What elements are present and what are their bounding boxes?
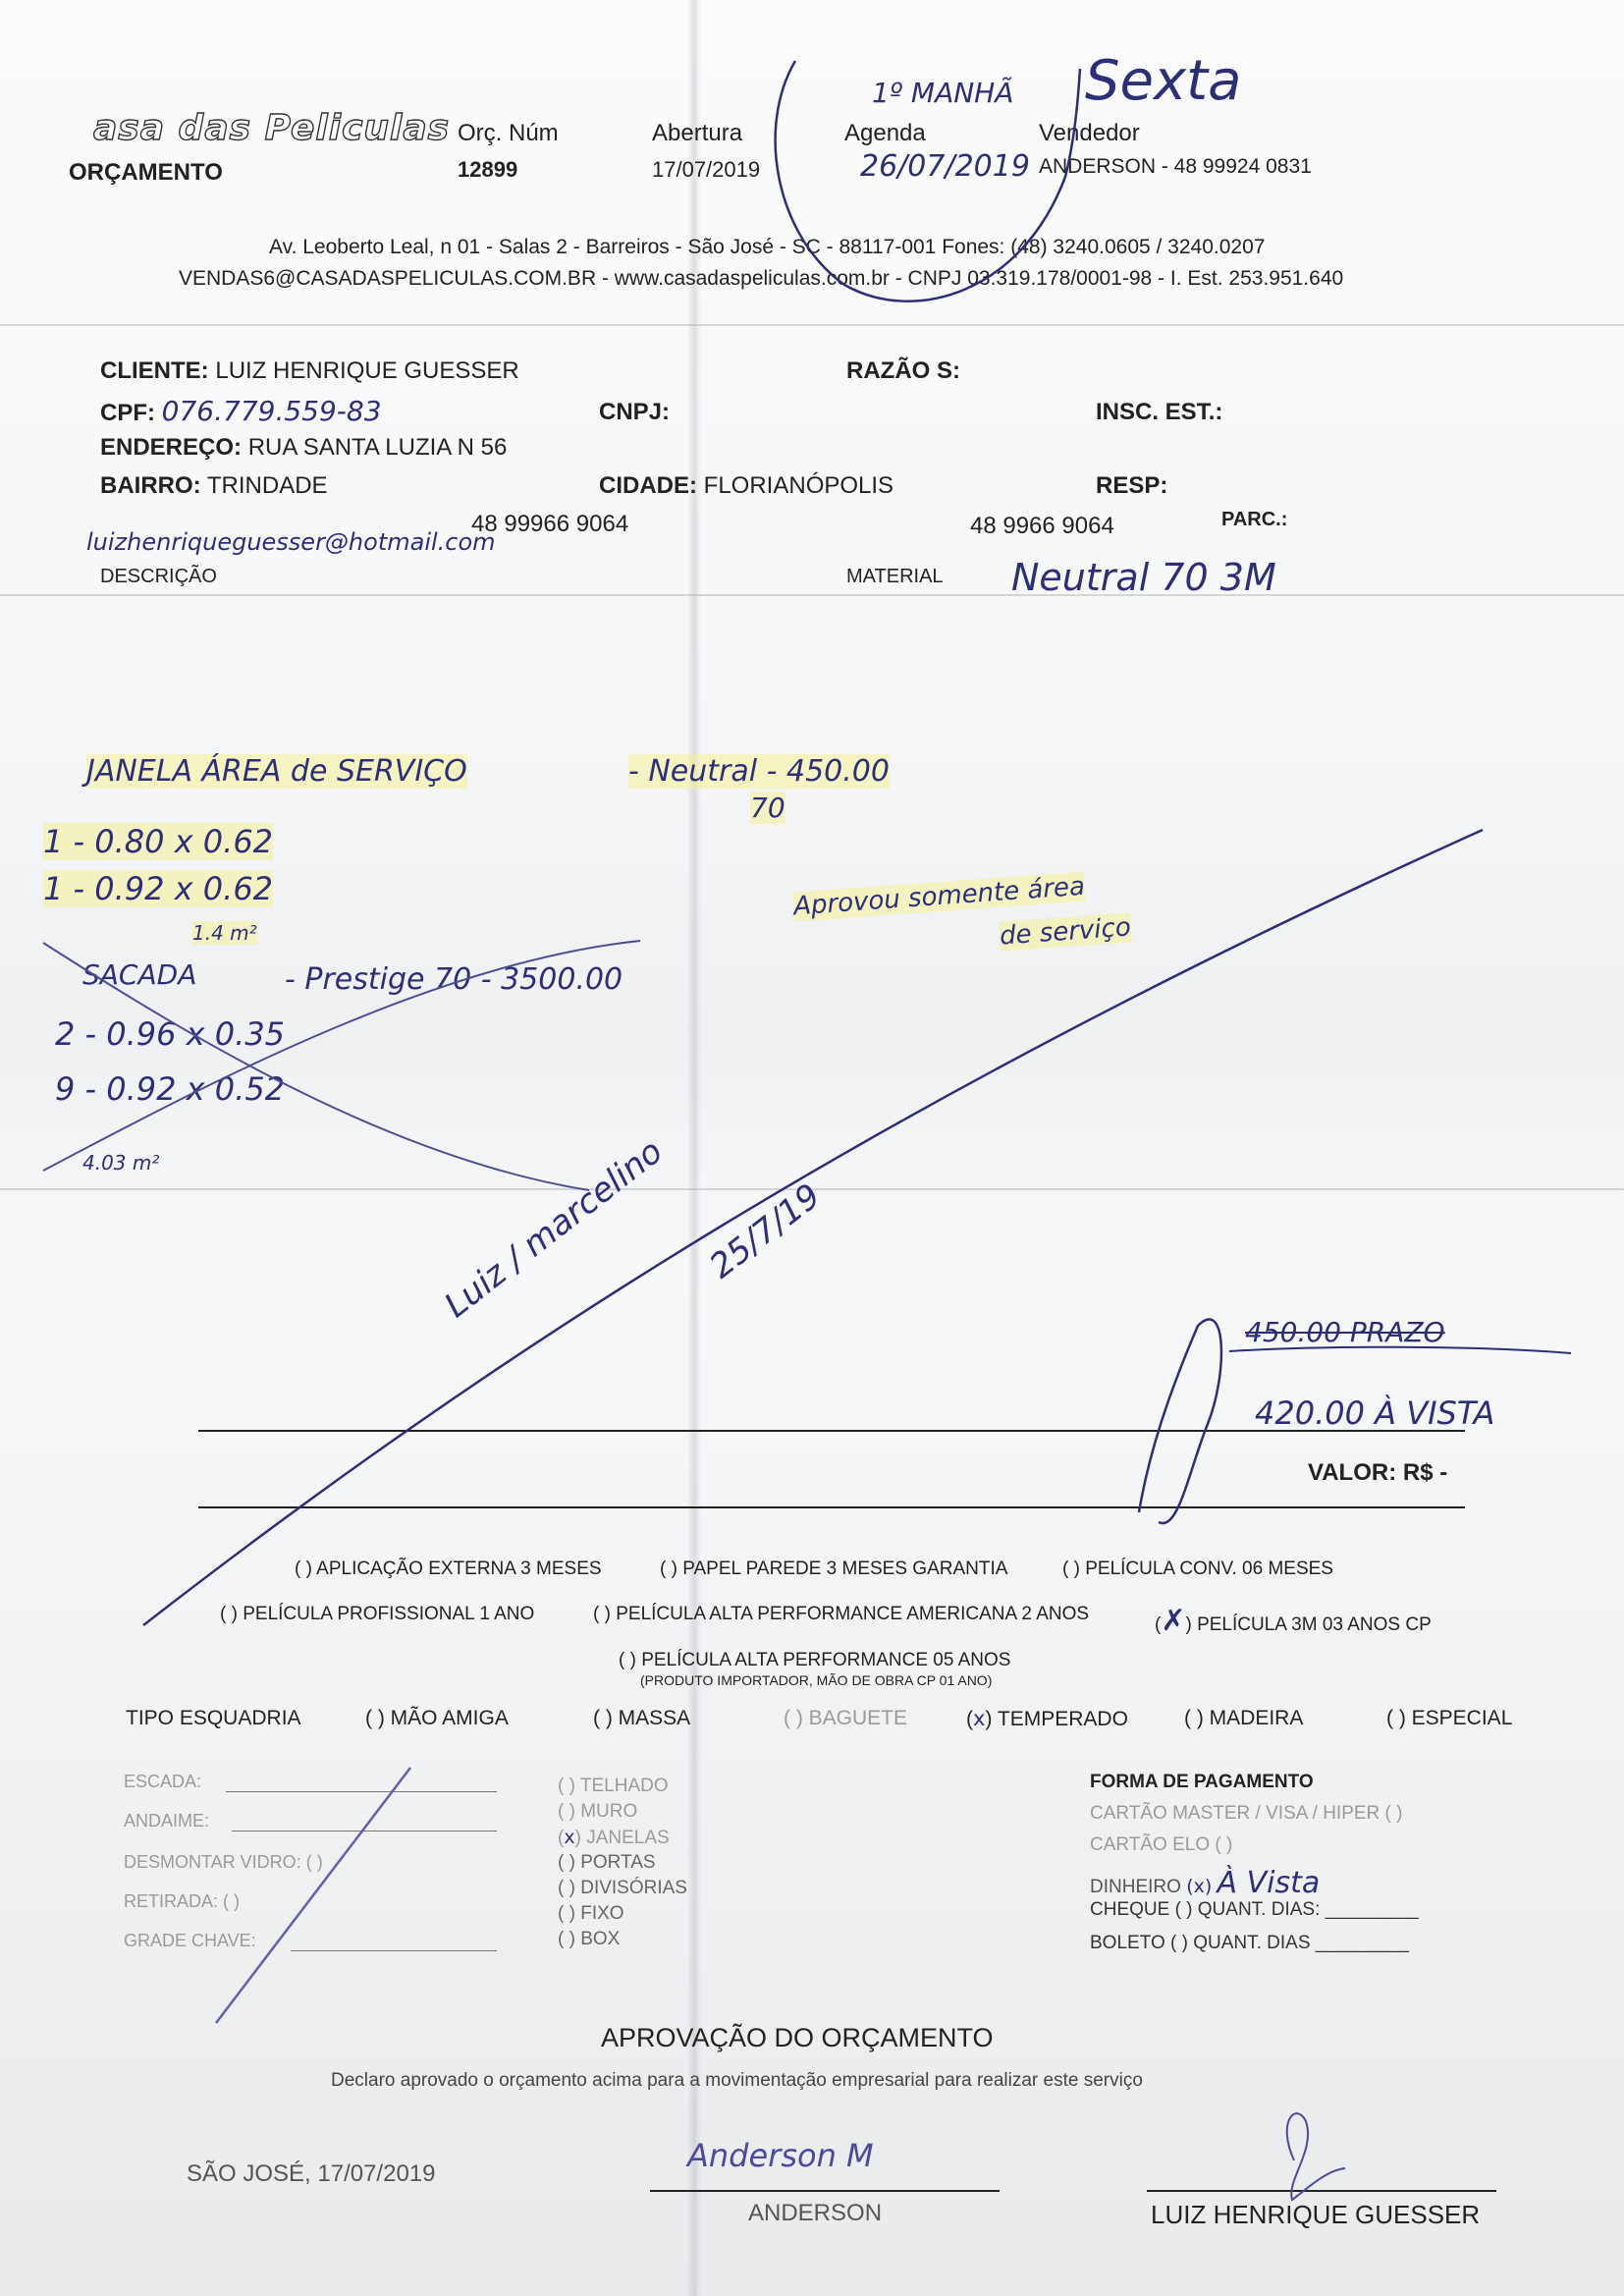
pagamento-boleto[interactable]: BOLETO ( ) QUANT. DIAS _________: [1090, 1933, 1409, 1954]
agenda-note: 1º MANHÃ: [872, 77, 1013, 109]
material-label: MATERIAL: [846, 566, 944, 588]
esquadria-option[interactable]: ( ) MASSA: [593, 1707, 690, 1730]
retirada-text: RETIRADA:: [124, 1891, 218, 1911]
abertura-value: 17/07/2019: [652, 157, 760, 183]
warranty-note: (PRODUTO IMPORTADOR, MÃO DE OBRA CP 01 A…: [640, 1672, 992, 1688]
seller-signature-line: [650, 2190, 1000, 2192]
warranty-option[interactable]: ( ) PELÍCULA ALTA PERFORMANCE AMERICANA …: [593, 1604, 1089, 1625]
esquadria-option-label: MADEIRA: [1210, 1707, 1304, 1729]
esquadria-label: TIPO ESQUADRIA: [126, 1707, 301, 1730]
local-option[interactable]: ( ) MURO: [558, 1801, 637, 1823]
bairro-row: BAIRRO: TRINDADE: [100, 472, 328, 500]
local-label: MURO: [580, 1801, 637, 1822]
grade-line: [291, 1950, 497, 1951]
janela-line-1: 1 - 0.80 x 0.62: [43, 823, 273, 860]
warranty-label: PAPEL PAREDE 3 MESES GARANTIA: [682, 1558, 1007, 1579]
approval-statement: Declaro aprovado o orçamento acima para …: [331, 2070, 1143, 2092]
desmontar-text: DESMONTAR VIDRO:: [124, 1852, 301, 1872]
cidade-value: FLORIANÓPOLIS: [704, 472, 893, 499]
sacada-line-1: 2 - 0.96 x 0.35: [55, 1015, 285, 1053]
cpf-label: CPF:: [100, 400, 155, 426]
checkmark-x-icon: x: [564, 1827, 574, 1848]
janela-product: - Neutral - 450.00: [628, 754, 890, 789]
cpf-row: CPF: 076.779.559-83: [100, 395, 382, 427]
vendedor-label: Vendedor: [1039, 120, 1140, 147]
dinheiro-note: À Vista: [1218, 1866, 1321, 1900]
sacada-product: - Prestige 70 - 3500.00: [285, 962, 623, 997]
cliente-value: LUIZ HENRIQUE GUESSER: [215, 357, 518, 384]
local-option[interactable]: ( ) PORTAS: [558, 1852, 656, 1874]
local-label: PORTAS: [580, 1852, 655, 1873]
checkmark-x-icon: ✗: [1161, 1604, 1185, 1638]
client-phone-2: 48 9966 9064: [970, 513, 1114, 540]
valor-prazo-struck: 450.00 PRAZO: [1245, 1316, 1445, 1348]
orc-num-value: 12899: [458, 157, 517, 183]
orc-num-label: Orç. Núm: [458, 120, 559, 147]
pagamento-cartao[interactable]: CARTÃO MASTER / VISA / HIPER ( ): [1090, 1803, 1402, 1825]
retirada-box[interactable]: ( ): [223, 1891, 240, 1911]
grade-label: GRADE CHAVE:: [124, 1931, 256, 1951]
esquadria-option[interactable]: ( ) MÃO AMIGA: [365, 1707, 509, 1730]
cliente-label: CLIENTE:: [100, 357, 209, 384]
janela-area: 1.4 m²: [192, 921, 257, 945]
local-label: JANELAS: [586, 1828, 669, 1848]
esquadria-option[interactable]: (x) TEMPERADO: [966, 1707, 1128, 1731]
retirada-label: RETIRADA: ( ): [124, 1891, 240, 1912]
cidade-label: CIDADE:: [599, 472, 697, 499]
place-date: SÃO JOSÉ, 17/07/2019: [187, 2160, 436, 2188]
agenda-label: Agenda: [844, 120, 926, 147]
bairro-value: TRINDADE: [207, 472, 328, 499]
seller-signature: Anderson M: [687, 2137, 874, 2174]
local-label: DIVISÓRIAS: [580, 1878, 687, 1898]
desmontar-box[interactable]: ( ): [306, 1852, 323, 1872]
local-label: FIXO: [580, 1903, 623, 1924]
esquadria-option[interactable]: ( ) BAGUETE: [784, 1707, 907, 1730]
esquadria-option[interactable]: ( ) ESPECIAL: [1386, 1707, 1512, 1730]
local-option[interactable]: ( ) FIXO: [558, 1903, 624, 1925]
andaime-line: [232, 1831, 497, 1831]
pagamento-dinheiro[interactable]: DINHEIRO (x) À Vista: [1090, 1866, 1320, 1900]
agenda-day: Sexta: [1085, 49, 1241, 113]
client-phone-1: 48 99966 9064: [471, 511, 628, 538]
warranty-option[interactable]: ( ) APLICAÇÃO EXTERNA 3 MESES: [295, 1558, 602, 1580]
sacada-line-2: 9 - 0.92 x 0.52: [55, 1070, 285, 1108]
warranty-option[interactable]: ( ) PAPEL PAREDE 3 MESES GARANTIA: [660, 1558, 1007, 1580]
cpf-value: 076.779.559-83: [162, 395, 382, 427]
dinheiro-mark: (x): [1186, 1876, 1212, 1897]
andaime-label: ANDAIME:: [124, 1811, 209, 1831]
esquadria-option-label: ESPECIAL: [1412, 1707, 1513, 1729]
vendedor-value: ANDERSON - 48 99924 0831: [1039, 155, 1312, 179]
seller-name: ANDERSON: [748, 2200, 882, 2227]
cidade-row: CIDADE: FLORIANÓPOLIS: [599, 472, 893, 500]
warranty-label: PELÍCULA CONV. 06 MESES: [1085, 1558, 1333, 1579]
local-option[interactable]: ( ) BOX: [558, 1929, 620, 1950]
agenda-value: 26/07/2019: [860, 149, 1030, 184]
insc-est-label: INSC. EST.:: [1096, 399, 1222, 426]
valor-line-top: [198, 1430, 1465, 1432]
valor-label: VALOR: R$ -: [1308, 1459, 1447, 1487]
valor-line-bottom: [198, 1506, 1465, 1508]
abertura-label: Abertura: [652, 120, 742, 147]
resp-label: RESP:: [1096, 472, 1167, 500]
warranty-option[interactable]: ( ) PELÍCULA CONV. 06 MESES: [1062, 1558, 1333, 1580]
esquadria-option-label: MÃO AMIGA: [391, 1707, 509, 1729]
warranty-option[interactable]: (✗) PELÍCULA 3M 03 ANOS CP: [1155, 1604, 1432, 1638]
warranty-label: PELÍCULA ALTA PERFORMANCE 05 ANOS: [641, 1650, 1010, 1670]
desmontar-label: DESMONTAR VIDRO: ( ): [124, 1852, 323, 1873]
razao-label: RAZÃO S:: [846, 357, 960, 385]
janela-title: JANELA ÁREA de SERVIÇO: [86, 754, 467, 789]
approval-title: APROVAÇÃO DO ORÇAMENTO: [601, 2023, 994, 2053]
local-option[interactable]: ( ) TELHADO: [558, 1776, 669, 1797]
material-value: Neutral 70 3M: [1011, 556, 1276, 599]
pagamento-cheque[interactable]: CHEQUE ( ) QUANT. DIAS: _________: [1090, 1899, 1419, 1921]
diagonal-note-2: 25/7/19: [702, 1176, 828, 1286]
checkmark-x-icon: x: [973, 1707, 985, 1730]
warranty-label: APLICAÇÃO EXTERNA 3 MESES: [316, 1558, 601, 1579]
company-address: Av. Leoberto Leal, n 01 - Salas 2 - Barr…: [269, 236, 1265, 259]
company-logo: asa das Peliculas: [93, 108, 450, 148]
cliente-row: CLIENTE: LUIZ HENRIQUE GUESSER: [100, 357, 519, 385]
escada-line: [226, 1791, 497, 1792]
pagamento-title: FORMA DE PAGAMENTO: [1090, 1772, 1314, 1793]
warranty-label: PELÍCULA 3M 03 ANOS CP: [1197, 1614, 1432, 1635]
esquadria-option[interactable]: ( ) MADEIRA: [1184, 1707, 1303, 1730]
bairro-label: BAIRRO:: [100, 472, 201, 499]
esquadria-option-label: MASSA: [619, 1707, 691, 1729]
warranty-option[interactable]: ( ) PELÍCULA ALTA PERFORMANCE 05 ANOS: [619, 1650, 1010, 1671]
aprovou-note-2: de serviço: [999, 912, 1132, 951]
diagonal-note-1: Luiz / marcelino: [437, 1131, 670, 1326]
client-email: luizhenriqueguesser@hotmail.com: [86, 528, 496, 556]
esquadria-option-label: BAGUETE: [809, 1707, 907, 1729]
local-option[interactable]: (x) JANELAS: [558, 1827, 670, 1849]
esquadria-option-label: TEMPERADO: [998, 1708, 1128, 1730]
dinheiro-label: DINHEIRO: [1090, 1877, 1181, 1897]
parc-label: PARC.:: [1221, 509, 1287, 531]
pagamento-elo[interactable]: CARTÃO ELO ( ): [1090, 1834, 1232, 1856]
client-signature-line: [1147, 2190, 1496, 2192]
endereco-label: ENDEREÇO:: [100, 434, 242, 461]
endereco-value: RUA SANTA LUZIA N 56: [248, 434, 508, 461]
escada-label: ESCADA:: [124, 1772, 201, 1792]
janela-product-sub: 70: [750, 792, 785, 824]
local-label: TELHADO: [580, 1776, 669, 1796]
client-name: LUIZ HENRIQUE GUESSER: [1151, 2200, 1480, 2230]
janela-line-2: 1 - 0.92 x 0.62: [43, 870, 273, 907]
warranty-label: PELÍCULA ALTA PERFORMANCE AMERICANA 2 AN…: [616, 1604, 1089, 1624]
warranty-label: PELÍCULA PROFISSIONAL 1 ANO: [243, 1604, 534, 1624]
document-type: ORÇAMENTO: [69, 159, 223, 187]
local-option[interactable]: ( ) DIVISÓRIAS: [558, 1878, 687, 1899]
cnpj-label: CNPJ:: [599, 399, 670, 426]
company-contact: VENDAS6@CASADASPELICULAS.COM.BR - www.ca…: [179, 267, 1343, 291]
aprovou-note-1: Aprovou somente área: [792, 872, 1086, 922]
endereco-row: ENDEREÇO: RUA SANTA LUZIA N 56: [100, 434, 507, 462]
sacada-title: SACADA: [82, 958, 196, 991]
sacada-area: 4.03 m²: [82, 1151, 159, 1175]
descricao-label: DESCRIÇÃO: [100, 566, 217, 588]
valor-avista: 420.00 À VISTA: [1255, 1394, 1494, 1432]
local-label: BOX: [580, 1929, 620, 1949]
warranty-option[interactable]: ( ) PELÍCULA PROFISSIONAL 1 ANO: [220, 1604, 534, 1625]
